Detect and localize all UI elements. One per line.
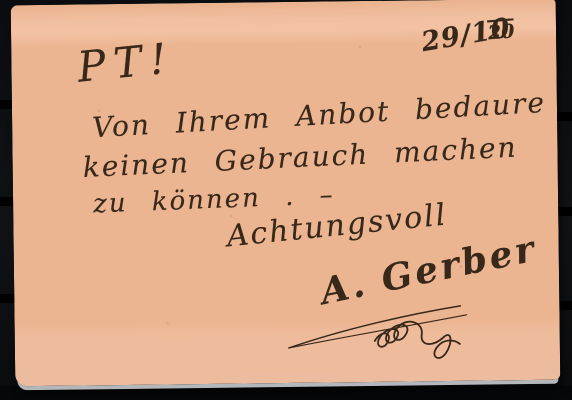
postcard: 29/10 20 PT! Von Ihrem Anbot bedaure kei…	[11, 0, 561, 386]
handwritten-date-year: 20	[487, 22, 515, 43]
background-slat	[557, 112, 572, 121]
background-bottom-strip	[0, 386, 572, 400]
signature-flourish-icon	[282, 281, 535, 376]
background-slat	[0, 294, 15, 303]
stockbook-background: 29/10 20 PT! Von Ihrem Anbot bedaure kei…	[0, 0, 572, 400]
handwritten-salutation: PT!	[76, 37, 177, 88]
background-slat	[557, 207, 572, 216]
